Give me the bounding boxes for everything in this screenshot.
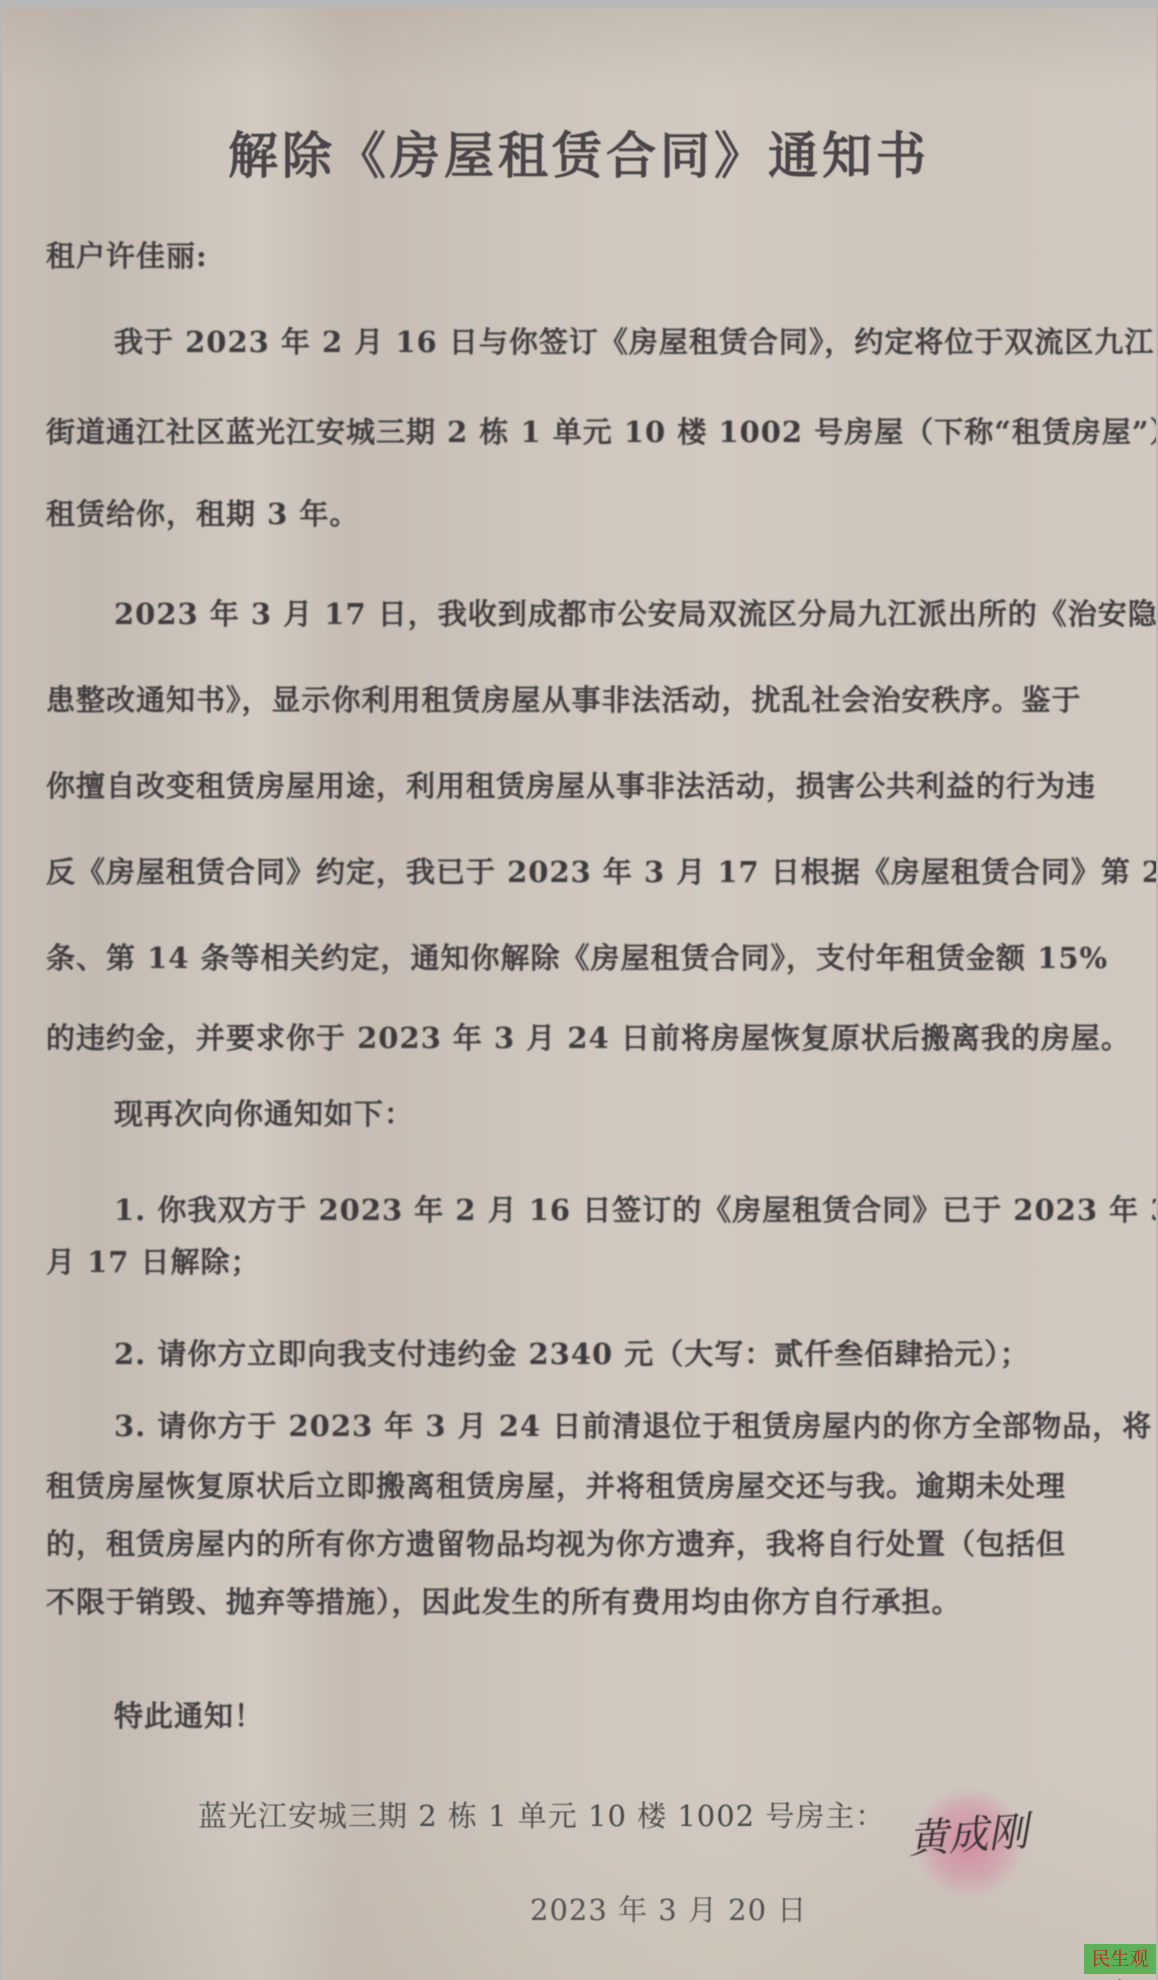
paragraph-2-line-5: 条、第 14 条等相关约定，通知你解除《房屋租赁合同》，支付年租赁金额 15% (46, 936, 1156, 977)
paragraph-1-line-1: 我于 2023 年 2 月 16 日与你签订《房屋租赁合同》，约定将位于双流区九… (114, 320, 1156, 361)
item-3-line-4: 不限于销毁、抛弃等措施），因此发生的所有费用均由你方自行承担。 (46, 1580, 1156, 1621)
item-1-line-1: 1. 你我双方于 2023 年 2 月 16 日签订的《房屋租赁合同》已于 20… (114, 1188, 1156, 1229)
watermark-badge: 民生观察 (1084, 1944, 1156, 1974)
closing: 特此通知！ (114, 1694, 1156, 1735)
item-3-line-3: 的，租赁房屋内的所有你方遗留物品均视为你方遗弃，我将自行处置（包括但 (46, 1522, 1156, 1563)
item-3-line-2: 租赁房屋恢复原状后立即搬离租赁房屋，并将租赁房屋交还与我。逾期未处理 (46, 1464, 1156, 1505)
document-page: 解除《房屋租赁合同》通知书 租户许佳丽: 我于 2023 年 2 月 16 日与… (2, 8, 1156, 1980)
paragraph-2-line-3: 你擅自改变租赁房屋用途，利用租赁房屋从事非法活动，损害公共利益的行为违 (46, 764, 1156, 805)
paragraph-2-line-2: 患整改通知书》，显示你利用租赁房屋从事非法活动，扰乱社会治安秩序。鉴于 (46, 678, 1156, 719)
item-1-line-2: 月 17 日解除； (46, 1240, 1156, 1281)
paragraph-1-line-2: 街道通江社区蓝光江安城三期 2 栋 1 单元 10 楼 1002 号房屋（下称“… (46, 410, 1156, 451)
salutation: 租户许佳丽: (46, 234, 1156, 275)
paragraph-1-line-3: 租赁给你，租期 3 年。 (46, 492, 1156, 533)
paragraph-2-line-1: 2023 年 3 月 17 日，我收到成都市公安局双流区分局九江派出所的《治安隐 (114, 592, 1156, 633)
item-3-line-1: 3. 请你方于 2023 年 3 月 24 日前清退位于租赁房屋内的你方全部物品… (114, 1404, 1156, 1445)
document-date: 2023 年 3 月 20 日 (530, 1888, 1156, 1929)
handwritten-signature: 黄成刚 (906, 1800, 1030, 1865)
item-2: 2. 请你方立即向我支付违约金 2340 元（大写：贰仟叁佰肆拾元）； (114, 1332, 1156, 1373)
paragraph-2-line-6: 的违约金，并要求你于 2023 年 3 月 24 日前将房屋恢复原状后搬离我的房… (46, 1016, 1156, 1057)
paragraph-2-line-4: 反《房屋租赁合同》约定，我已于 2023 年 3 月 17 日根据《房屋租赁合同… (46, 850, 1156, 891)
document-title: 解除《房屋租赁合同》通知书 (2, 116, 1156, 188)
notice-intro: 现再次向你通知如下： (114, 1092, 1156, 1133)
